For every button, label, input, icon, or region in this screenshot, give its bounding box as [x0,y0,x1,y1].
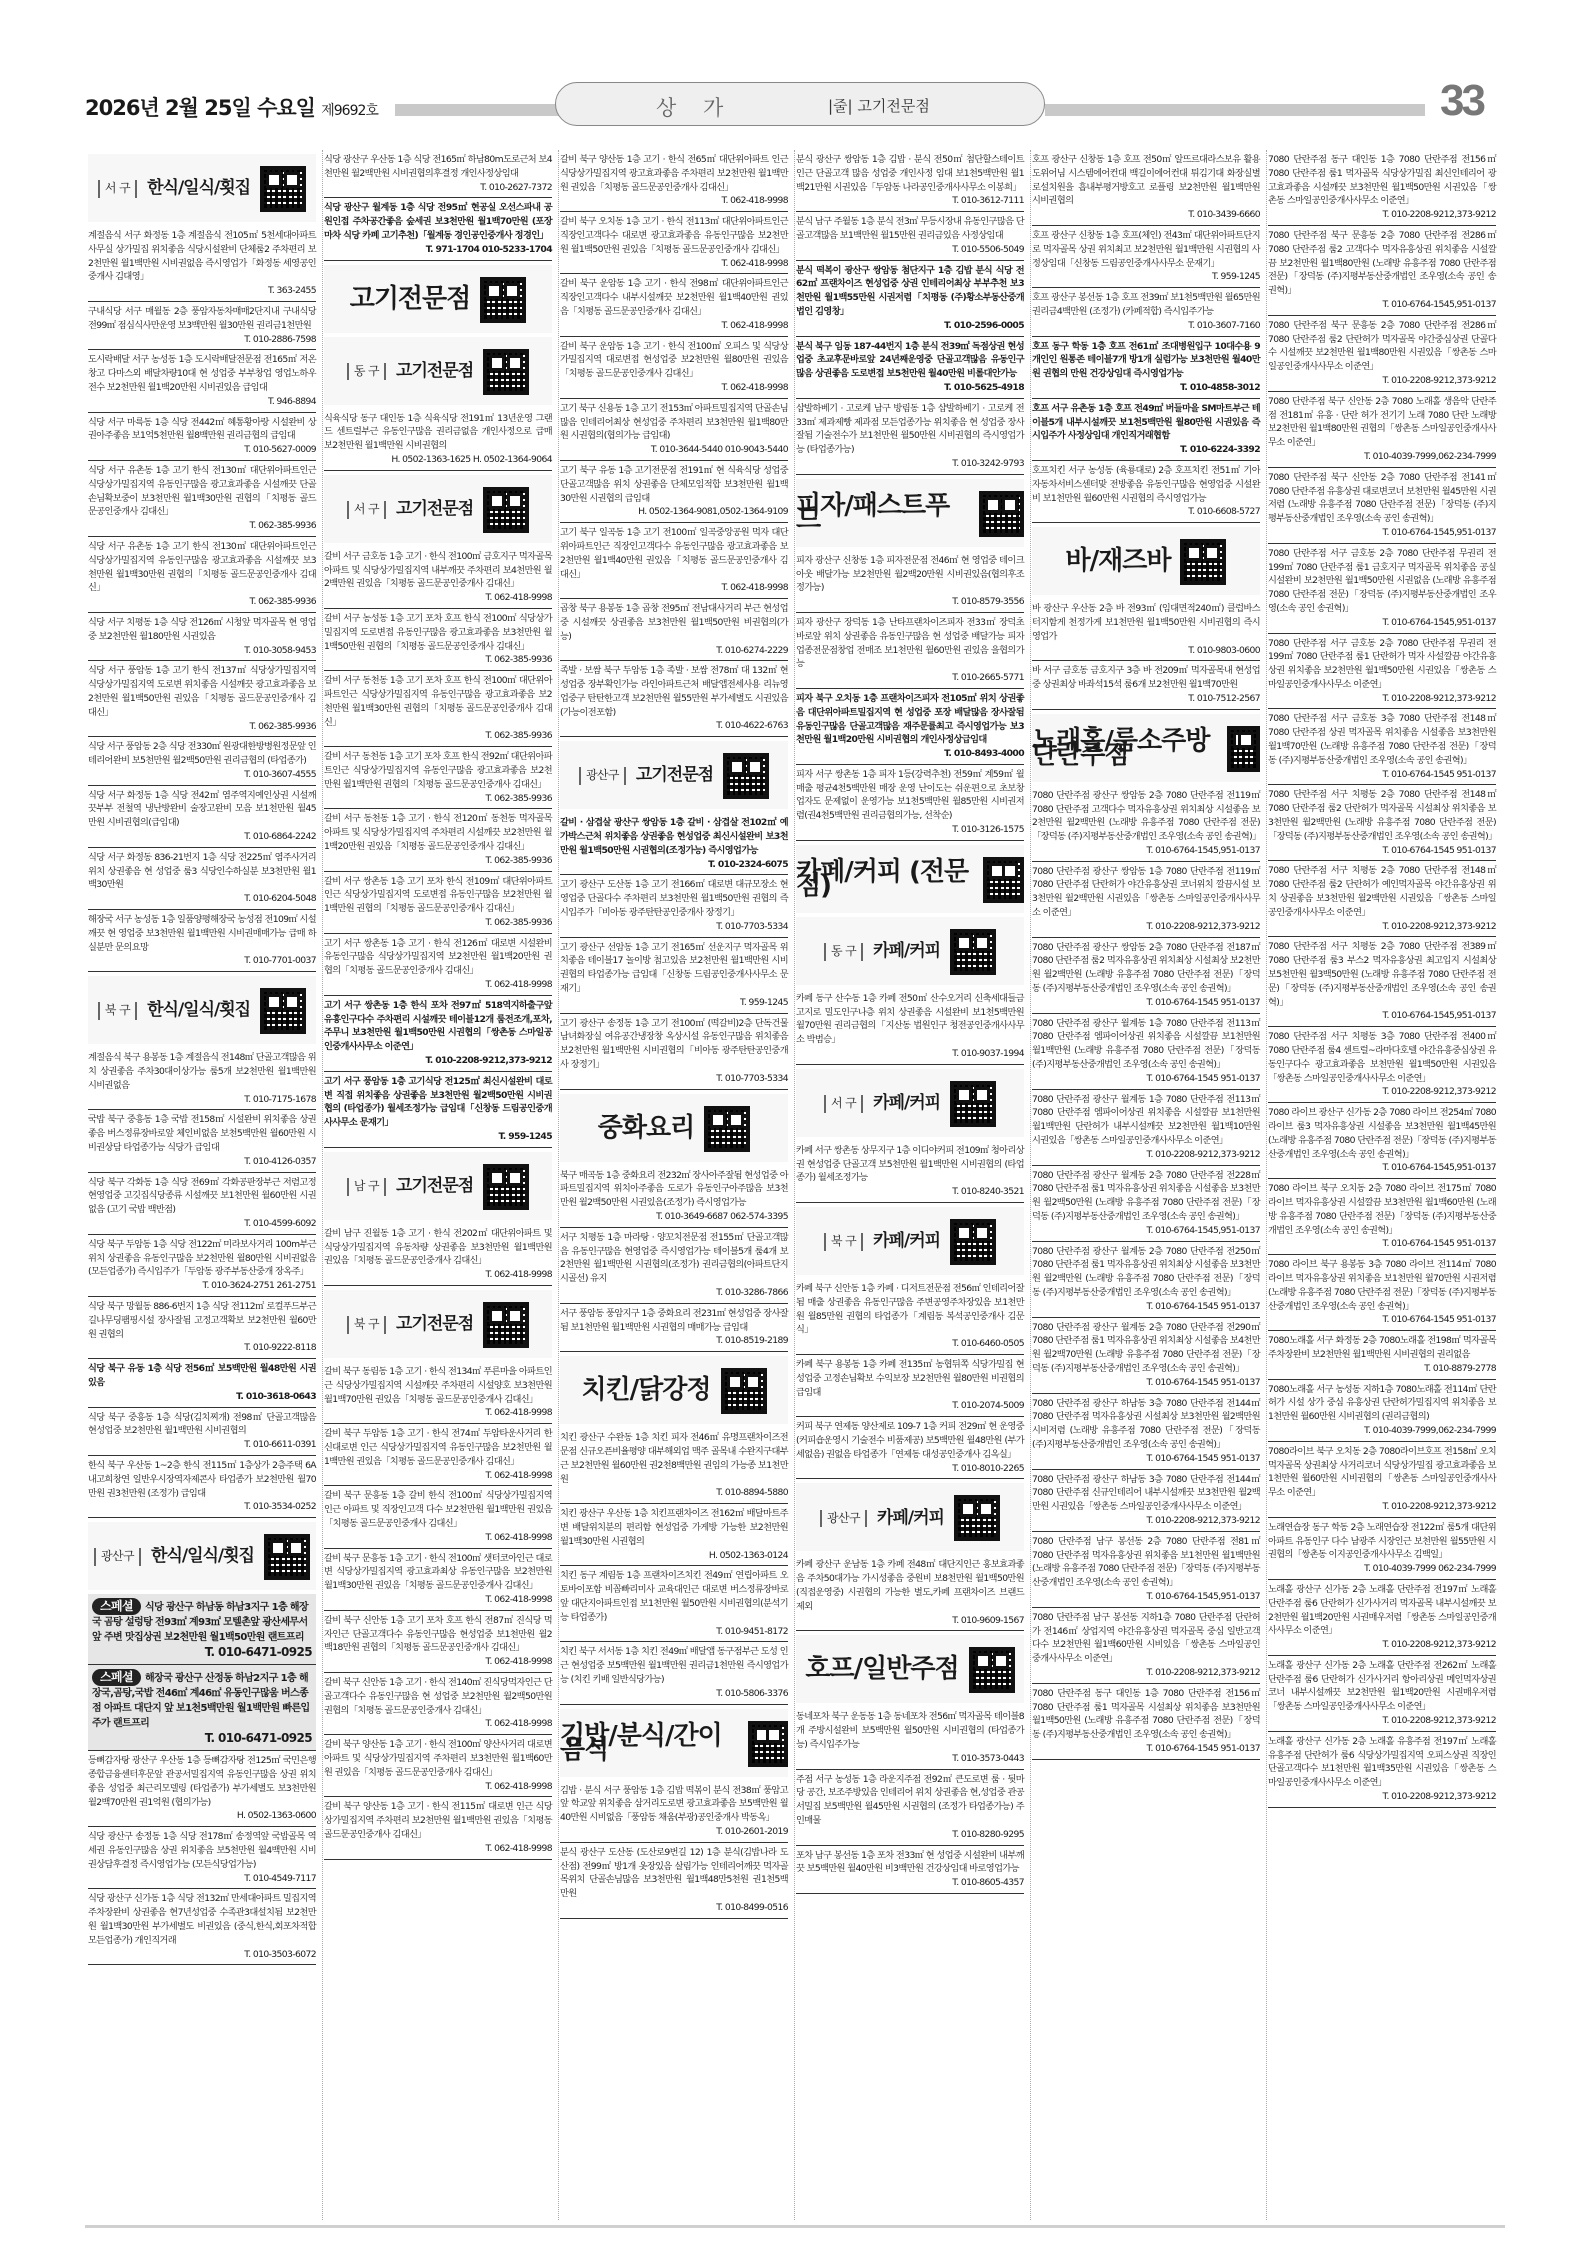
listing-item: 포차 남구 봉선동 1층 포차 전33㎡ 현 성업중 시설완비 내부깨끗 보5백… [796,1846,1024,1894]
listing-item: 분식 북구 임동 187-44번지 1층 분식 전39㎡ 독점상권 현성업중 초… [796,337,1024,399]
qr-code-icon[interactable] [950,929,996,975]
listing-phone: T. 010-6764-1545 951-0137 [1032,1742,1260,1756]
listing-phone: T. 971-1704 010-5233-1704 [324,243,552,257]
district-label: 북 구 [824,1233,863,1251]
listing-phone: T. 010-2208-9212,373-9212 [324,1054,552,1068]
listing-text: 갈비 · 삼겹살 광산구 쌍암동 1층 갈비 · 삼겹살 전102㎡ 예가박스근… [560,817,788,856]
special-listing: 스페셜해장국 광산구 산정동 하남2지구 1층 해장국,곰탕,국밥 전46㎡ 계… [88,1665,316,1751]
listing-phone: T. 010-6764-1545,951-0137 [1032,1590,1260,1604]
listing-phone: T. 062-385-9936 [324,916,552,930]
listing-text: 갈비 북구 신안동 1층 고기 · 한식 전140㎡ 진식당먹자인근 단골고객다… [324,1677,552,1716]
listing-phone: T. 010-4622-6763 [560,719,788,733]
section-header: 광산구한식/일식/횟집 [88,1522,316,1590]
listing-item: 서구 치평동 1층 마라탕 · 양꼬치전문점 전155㎡ 단골고객많음 유동인구… [560,1228,788,1304]
listing-text: 7080 단란주점 남구 봉선동 지하1층 7080 단란주점 단란허가 전14… [1032,1612,1260,1664]
listing-item: 7080 단란주점 남구 봉선동 지하1층 7080 단란주점 단란허가 전14… [1032,1608,1260,1684]
listing-item: 고기 서구 쌍촌동 1층 한식 포차 전97㎡ 518역지하출구앞 유흥인구다수… [324,996,552,1072]
listing-item: 카페 서구 쌍촌동 상무지구 1층 이디야커피 전109㎡ 청아리상권 현성업중… [796,1141,1024,1203]
listing-text: 갈비 북구 문흥동 1층 갈비 한식 전100㎡ 식당상가밀집지역 인근 아파트… [324,1490,552,1529]
listing-text: 7080 라이브 북구 용봉동 3층 7080 라이브 전114㎡ 7080 라… [1268,1259,1496,1311]
listing-text: 7080 단란주점 광산구 쌍암동 1층 7080 단란주점 전119㎡ 708… [1032,866,1260,918]
listing-item: 7080 단란주점 동구 대인동 1층 7080 단란주점 전156㎡ 7080… [1268,150,1496,226]
section-header: 카페/커피 (전문점) [796,845,1024,913]
listing-phone: T. 010-8579-3556 [796,595,1024,609]
column-divider [1030,150,1031,2220]
column-divider [558,150,559,2220]
section-header: 서 구한식/일식/횟집 [88,154,316,222]
listing-text: 식당 북구 각화동 1층 식당 전69㎡ 각화공판장부근 저렴고정 현영업중 고… [88,1177,316,1216]
listing-text: 구내식당 서구 매월동 2층 풍암자동차매매2단지내 구내식당 전99㎡ 점심식… [88,306,316,331]
listing-phone: T. 010-2208-9212,373-9212 [1268,1085,1496,1099]
listing-item: 7080 단란주점 동구 대인동 1층 7080 단란주점 전156㎡ 7080… [1032,1684,1260,1760]
listing-text: 주점 서구 농성동 1층 라운지주점 전92㎡ 큰도로변 룸 · 뒷마당 공간,… [796,1774,1024,1826]
listing-text: 식당 서구 치평동 1층 식당 전126㎡ 시청앞 먹자골목 현 영업중 보2천… [88,617,316,642]
listing-item: 고기 서구 풍암동 1층 고기식당 전125㎡ 최신시설완비 대로변 직접 위치… [324,1072,552,1148]
district-label: 서 구 [347,501,386,519]
section-title: 고기전문점 [636,769,713,783]
section-title: 카페/커피 [873,1235,940,1249]
listing-phone: T. 062-418-9998 [560,257,788,271]
listing-item: 7080 단란주점 광산구 하남동 3층 7080 단란주점 전144㎡ 708… [1032,1470,1260,1532]
column-3: 갈비 북구 양산동 1층 고기 · 한식 전65㎡ 대단위아파트 인근 식당상가… [560,150,788,1919]
listing-item: 호프 서구 유촌동 1층 호프 전49㎡ 버들마을 SM마트부근 테이블5개 내… [1032,399,1260,461]
listing-phone: T. 010-2208-9212,373-9212 [1268,1790,1496,1804]
district-label: 북 구 [347,1316,386,1334]
section-title: 고기전문점 [396,365,473,379]
listing-item: 고기 서구 쌍촌동 1층 고기 · 한식 전126㎡ 대로변 시설완비 유동인구… [324,934,552,996]
listing-item: 식당 북구 유동 1층 식당 전56㎡ 보5백만원 월48만원 시권있음T. 0… [88,1359,316,1407]
listing-item: 피자 광산구 신창동 1층 피자전문점 전46㎡ 현 영업중 테이크아웃 배달가… [796,551,1024,613]
listing-text: 갈비 서구 동천동 1층 고기 · 한식 전120㎡ 동천동 먹자골목 아파트 … [324,813,552,852]
listing-phone: T. 010-6764-1545 951-0137 [1032,1072,1260,1086]
qr-code-icon[interactable] [721,1368,767,1414]
listing-item: 한식 북구 우산동 1~2층 한식 전115㎡ 1층상가 2층주택 6A내고희창… [88,1456,316,1518]
listing-text: 노래연습장 동구 학동 2층 노래연습장 전122㎡ 룸5개 대단위 아파트 유… [1268,1522,1496,1561]
listing-text: 식당 서구 유촌동 1층 고기 한식 전130㎡ 대단위아파트인근 식당상가밀집… [88,541,316,593]
listing-phone: T. 010-6204-5048 [88,892,316,906]
listing-item: 7080 단란주점 광산구 월계동 2층 7080 단란주점 전228㎡ 708… [1032,1166,1260,1242]
listing-phone: T. 062-418-9998 [324,1531,552,1545]
issue-date: 2026년 2월 25일 수요일 제9692호 [85,92,378,122]
listing-phone: T. 010-6764-1545 951-0137 [1032,1452,1260,1466]
listing-item: 7080 라이브 광산구 신가동 2층 7080 라이브 전254㎡ 7080 … [1268,1103,1496,1179]
listing-phone: T. 010-3649-6687 062-574-3395 [560,1210,788,1224]
page-number: 33 [1440,76,1483,126]
listing-phone: T. 010-6471-0925 [92,1731,312,1746]
section-title: 카페/커피 [877,1512,944,1526]
listing-text: 7080라이브 북구 오치동 2층 7080라이브호프 전158㎡ 오치먹자골목… [1268,1446,1496,1498]
listing-phone: T. 010-2601-2019 [560,1825,788,1839]
listing-item: 고기 북구 신용동 1층 고기 전153㎡ 아파트밀집지역 단골손님많음 인테리… [560,399,788,461]
listing-text: 갈비 서구 쌍촌동 1층 고기 포차 한식 전109㎡ 대단위아파트 인근 식당… [324,876,552,915]
section-header: 서 구고기전문점 [324,475,552,543]
listing-text: 갈비 북구 운암동 1층 고기 · 한식 전98㎡ 대단위아파트인근 직장인고객… [560,278,788,317]
listing-phone: T. 062-418-9998 [560,381,788,395]
listing-text: 고기 북구 유동 1층 고기전문점 전191㎡ 현 식육식당 성업중 단골고객많… [560,465,788,504]
listing-item: 7080 라이브 북구 오치동 2층 7080 라이브 전175㎡ 7080 라… [1268,1179,1496,1255]
listing-text: 북구 매곡동 1층 중화요리 전232㎡ 장사아주잘됨 현성업중 아파트밀집지역… [560,1170,788,1209]
listing-item: 갈비 서구 농성동 1층 고기 포차 호프 한식 전100㎡ 식당상가밀집지역 … [324,609,552,671]
qr-code-icon[interactable] [483,349,529,395]
section-header: 동 구고기전문점 [324,337,552,405]
listing-text: 분식 북구 임동 187-44번지 1층 분식 전39㎡ 독점상권 현성업중 초… [796,341,1024,380]
section-header: 치킨/닭강정 [560,1356,788,1424]
listing-item: 바 광산구 우산동 2층 바 전93㎡ (임대면적240㎡) 클럽바스터지함게 … [1032,599,1260,661]
listing-text: 치킨 북구 서서동 1층 치킨 전49㎡ 배달앱 동구점부근 도성 인근 현성업… [560,1646,788,1685]
listing-text: 갈비 남구 진월동 1층 고기 · 한식 전202㎡ 대단위아파트 및 식당상가… [324,1228,552,1267]
section-header: 북 구카페/커피 [796,1207,1024,1275]
listing-phone: T. 010-3618-0643 [88,1390,316,1404]
listing-text: 서구 풍암동 풍암지구 1층 중화요리 전231㎡ 현성업중 장사잘됨 보1천만… [560,1308,788,1333]
listing-item: 식당 북구 각화동 1층 식당 전69㎡ 각화공판장부근 저렴고정 현영업중 고… [88,1173,316,1235]
listing-phone: T. 010-2074-5009 [796,1399,1024,1413]
listing-phone: T. 010-2208-9212,373-9212 [1268,374,1496,388]
listing-item: 7080 단란주점 서구 치평동 3층 7080 단란주점 전400㎡ 7080… [1268,1027,1496,1103]
listing-item: 서구 풍암동 풍암지구 1층 중화요리 전231㎡ 현성업중 장사잘됨 보1천만… [560,1304,788,1352]
listing-text: 갈비 서구 금호동 1층 고기 · 한식 전100㎡ 금호지구 먹자골목 아파트… [324,551,552,590]
listing-phone: T. 010-2596-0005 [796,319,1024,333]
qr-code-icon[interactable] [954,1495,1000,1541]
listing-item: 곱창 북구 용봉동 1층 곱창 전95㎡ 전남대사거리 부근 현성업중 시설깨끗… [560,599,788,661]
section-title: 고기전문점 [396,1180,473,1194]
listing-item: 북구 매곡동 1층 중화요리 전232㎡ 장사아주잘됨 현성업중 아파트밀집지역… [560,1166,788,1228]
listing-item: 호프 광산구 신창동 1층 호프(체인) 전43㎡ 대단위아파트단지로 먹자골목… [1032,226,1260,288]
listing-item: 7080 단란주점 북구 신안동 2층 7080 단란주점 전141㎡ 7080… [1268,468,1496,544]
listing-phone: T. 010-4039-7999 062-234-7999 [1268,1562,1496,1576]
listing-item: 7080 단란주점 서구 금호동 2층 7080 단란주점 무권리 전199㎡ … [1268,634,1496,710]
listing-item: 구내식당 서구 매월동 2층 풍암자동차매매2단지내 구내식당 전99㎡ 점심식… [88,302,316,350]
listing-phone: T. 062-418-9998 [324,591,552,605]
section-header: 광산구고기전문점 [560,741,788,809]
listing-text: 피자 광산구 신창동 1층 피자전문점 전46㎡ 현 영업중 테이크아웃 배달가… [796,555,1024,594]
listing-item: 바 서구 금호동 금호지구 3층 바 전209㎡ 먹자골목내 현성업중 상권최상… [1032,661,1260,709]
listing-item: 해장국 서구 농성동 1층 일품양평해장국 농성점 전109㎡ 시설깨끗 현 영… [88,910,316,972]
section-title: 한식/일식/횟집 [147,182,250,196]
listing-text: 고기 북구 신용동 1층 고기 전153㎡ 아파트밀집지역 단골손님많음 인테리… [560,403,788,442]
qr-code-icon[interactable] [264,1534,310,1580]
listing-text: 갈비 북구 문흥동 1층 고기 · 한식 전100㎡ 샛터코아인근 대로변 식당… [324,1553,552,1592]
column-2: 식당 광산구 우산동 1층 식당 전165㎡ 하남80m도로근처 보4천만원 월… [324,150,552,1860]
listing-text: 7080 단란주점 동구 대인동 1층 7080 단란주점 전156㎡ 7080… [1032,1688,1260,1740]
listing-item: 7080 단란주점 북구 문흥동 2층 7080 단란주점 전286㎡ 7080… [1268,226,1496,316]
listing-item: 갈비 서구 동천동 1층 고기 포차 호프 한식 전100㎡ 대단위아파트인근 … [324,671,552,747]
listing-text: 7080 라이브 북구 오치동 2층 7080 라이브 전175㎡ 7080 라… [1268,1183,1496,1235]
listing-phone: T. 010-8493-4000 [796,747,1024,761]
qr-code-icon[interactable] [480,277,526,323]
listing-text: 갈비 서구 동천동 1층 고기 포차 호프 한식 전100㎡ 대단위아파트인근 … [324,675,552,727]
listing-phone: T. 010-6274-2229 [560,644,788,658]
listing-phone: T. 010-2208-9212,373-9212 [1268,1714,1496,1728]
listing-item: 식당 서구 치평동 1층 식당 전126㎡ 시청앞 먹자골목 현 영업중 보2천… [88,613,316,661]
qr-code-icon[interactable] [950,1219,996,1265]
section-header: 중화요리 [560,1094,788,1162]
listing-text: 피자 북구 오치동 1층 프랜차이즈피자 전105㎡ 위치 상권좋음 대단위아파… [796,693,1024,745]
qr-code-icon[interactable] [723,753,769,799]
listing-text: 분식 떡복이 광산구 쌍암동 첨단지구 1층 김밥 분식 식당 전62㎡ 프랜차… [796,265,1024,317]
listing-item: 식당 서구 마륵동 1층 식당 전442㎡ 혜통황아랑 시설완비 상권아주좋음 … [88,413,316,461]
section-title: 노래홀/룸소주방 단란주점 [1032,735,1217,763]
listing-item: 7080 단란주점 서구 금호동 2층 7080 단란주점 무권리 전199㎡ … [1268,544,1496,634]
listing-phone: T. 062-385-9936 [324,653,552,667]
listing-item: 카페 광산구 운남동 1층 카페 전48㎡ 대단지인근 홍보효과좋음 주차50대… [796,1555,1024,1631]
listing-item: 7080 단란주점 서구 치평동 2층 7080 단란주점 전148㎡ 7080… [1268,785,1496,861]
listing-phone: T. 010-3439-6660 [1032,208,1260,222]
listing-item: 갈비 북구 문흥동 1층 고기 · 한식 전100㎡ 샛터코아인근 대로변 식당… [324,1549,552,1611]
listing-text: 피자 서구 쌍촌동 1층 피자 1등(강력추천) 전59㎡ 계59㎡ 월매출 평… [796,769,1024,821]
listing-item: 7080라이브 북구 오치동 2층 7080라이브호프 전158㎡ 오치먹자골목… [1268,1442,1496,1518]
qr-code-icon[interactable] [950,1081,996,1127]
qr-code-icon[interactable] [1227,726,1260,772]
listing-text: 갈비 북구 오치동 1층 고기 · 한식 전113㎡ 대단위아파트인근 직장인고… [560,216,788,255]
listing-item: 7080 단란주점 광산구 쌍암동 2층 7080 단란주점 전187㎡ 708… [1032,938,1260,1014]
qr-code-icon[interactable] [983,857,1024,903]
qr-code-icon[interactable] [1180,539,1226,585]
listing-phone: T. 010-9609-1567 [796,1614,1024,1628]
listing-phone: T. 062-385-9936 [324,792,552,806]
listing-item: 식당 북구 중흥동 1층 식당(김치찌개) 전98㎡ 단골고객많음 현성업중 보… [88,1408,316,1456]
listing-text: 7080 단란주점 서구 치평동 2층 7080 단란주점 전148㎡ 7080… [1268,789,1497,841]
listing-item: 김밥 · 분식 서구 풍암동 1층 김밥 떡볶이 분식 전38㎡ 풍암고앞 학교… [560,1781,788,1843]
listing-text: 호프 서구 유촌동 1층 호프 전49㎡ 버들마을 SM마트부근 테이블5개 내… [1032,403,1260,442]
listing-item: 도시락배달 서구 농성동 1층 도시락배달전문점 전165㎡ 저온창고 다마스외… [88,350,316,412]
listing-phone: T. 010-3644-5440 010-9043-5440 [560,443,788,457]
listing-text: 호프 광산구 신창동 1층 호프(체인) 전43㎡ 대단위아파트단지로 먹자골목… [1032,230,1260,269]
listing-phone: T. 010-4549-7117 [88,1872,316,1886]
listing-item: 고기 북구 유동 1층 고기전문점 전191㎡ 현 식육식당 성업중 단골고객많… [560,461,788,523]
listing-phone: T. 062-418-9998 [324,1842,552,1856]
listing-text: 갈비 북구 두암동 1층 고기 · 한식 전74㎡ 두암타운사거리 한신대로변 … [324,1428,552,1467]
listing-phone: T. 062-385-9936 [324,854,552,868]
listing-phone: T. 010-2324-6075 [560,858,788,872]
listing-phone: T. 010-5627-0009 [88,443,316,457]
listing-text: 해장국 서구 농성동 1층 일품양평해장국 농성점 전109㎡ 시설깨끗 현 영… [88,914,316,953]
listing-phone: T. 010-4599-6092 [88,1217,316,1231]
listing-phone: T. 010-6764-1545 951-0137 [1268,1237,1496,1251]
section-title: 고기전문점 [396,1318,473,1332]
district-label: 동 구 [347,363,386,381]
listing-text: 고기 서구 쌍촌동 1층 고기 · 한식 전126㎡ 대로변 시설완비 유동인구… [324,938,552,977]
listing-phone: T. 010-2208-9212,373-9212 [1032,1148,1260,1162]
listing-phone: T. 010-8894-5880 [560,1486,788,1500]
listing-item: 고기 광산구 도산동 1층 고기 전166㎡ 대로변 대규모장소 현 영업중 단… [560,875,788,937]
qr-code-icon[interactable] [704,1106,750,1152]
listing-phone: H. 0502-1364-9081,0502-1364-9109 [560,505,788,519]
listing-phone: T. 010-9803-0600 [1032,644,1260,658]
listing-item: 고기 광산구 송정동 1층 고기 전100㎡ (떡갈비)2층 단독건물 남녀화장… [560,1014,788,1090]
listing-item: 동네포차 북구 운동동 1층 동네포차 전56㎡ 먹자골목 테이블8개 주방시설… [796,1707,1024,1769]
listing-phone: T. 062-418-9998 [560,581,788,595]
subsection-title: |줄| 고기전문점 [828,95,930,116]
listing-item: 주점 서구 농성동 1층 라운지주점 전92㎡ 큰도로변 룸 · 뒷마당 공간,… [796,1770,1024,1846]
listing-phone: T. 010-8499-0516 [560,1901,788,1915]
listing-phone: H. 0502-1363-0600 [88,1809,316,1823]
listing-item: 7080 단란주점 광산구 월계동 2층 7080 단란주점 전250㎡ 708… [1032,1242,1260,1318]
listing-text: 카페 북구 신안동 1층 카페 · 디저트전문점 전56㎡ 인테리어잘됨 매출 … [796,1283,1024,1335]
listing-text: 샵발하베기 · 고로케 남구 방림동 1층 샵발하베기 · 고로케 전33㎡ 제… [796,403,1024,455]
listing-phone: T. 946-8894 [88,395,316,409]
listing-phone: T. 010-8280-9295 [796,1828,1024,1842]
listing-phone: T. 010-7703-5334 [560,1072,788,1086]
listing-phone: T. 010-6764-1545 951-0137 [1268,768,1496,782]
listing-text: 치킨 동구 계림동 1층 프랜차이즈치킨 전49㎡ 연립아파트 오토바이포함 비… [560,1570,788,1622]
listing-item: 노래홀 광산구 신가동 2층 노래홀 단란주점 전262㎡ 노래홀 단란주점 룸… [1268,1656,1496,1732]
listing-text: 7080 단란주점 북구 신안동 2층 7080 단란주점 전141㎡ 7080… [1268,472,1496,524]
listing-text: 고기 광산구 송정동 1층 고기 전100㎡ (떡갈비)2층 단독건물 남녀화장… [560,1018,788,1070]
special-listing: 스페셜식당 광산구 하남동 하남3지구 1층 해장국 곰탕 설렁탕 전93㎡ 계… [88,1594,316,1665]
section-title: 피자/패스트푸드 [796,500,969,528]
listing-phone: T. 010-7175-1678 [88,1093,316,1107]
column-divider [794,150,795,2220]
listing-item: 호프 광산구 봉선동 1층 호프 전39㎡ 보1천5백만원 월65만원 권리금4… [1032,288,1260,336]
section-header: 바/재즈바 [1032,527,1260,595]
listing-text: 식당 광산구 월계동 1층 식당 전95㎡ 현공실 오선스파내 공원인접 주차공… [324,202,552,241]
listing-item: 식당 광산구 우산동 1층 식당 전165㎡ 하남80m도로근처 보4천만원 월… [324,150,552,198]
listing-text: 7080 단란주점 광산구 쌍암동 2층 7080 단란주점 전119㎡ 708… [1032,790,1261,842]
listing-phone: T. 010-3242-9793 [796,457,1024,471]
listing-text: 7080 단란주점 서구 치평동 2층 7080 단란주점 전148㎡ 7080… [1268,865,1496,917]
listing-phone: T. 062-418-9998 [324,1593,552,1607]
listing-text: 한식 북구 우산동 1~2층 한식 전115㎡ 1층상가 2층주택 6A내고희창… [88,1460,316,1499]
listing-phone: T. 010-9451-8172 [560,1625,788,1639]
listing-phone: T. 010-3607-4555 [88,768,316,782]
listing-phone: T. 010-2627-7372 [324,181,552,195]
qr-code-icon[interactable] [260,166,306,212]
listing-item: 7080 단란주점 서구 치평동 2층 7080 단란주점 전148㎡ 7080… [1268,861,1496,937]
listing-item: 노래홀 광산구 신가동 2층 노래홀 단란주점 전197㎡ 노래홀 단란주점 룸… [1268,1580,1496,1656]
listing-text: 등뼈감자탕 광산구 우산동 1층 등뼈감자탕 전125㎡ 국민은행종합금융센터후… [88,1755,316,1807]
qr-code-icon[interactable] [483,487,529,533]
section-header: 노래홀/룸소주방 단란주점 [1032,714,1260,782]
listing-text: 식당 북구 유동 1층 식당 전56㎡ 보5백만원 월48만원 시권있음 [88,1363,316,1388]
listing-text: 카페 동구 산수동 1층 카페 전50㎡ 산수오거리 신축세대들금고지로 밀도인… [796,993,1024,1045]
listing-text: 갈비 서구 동천동 1층 고기 포차 호프 한식 전92㎡ 대단위아파트인근 식… [324,751,552,790]
listing-item: 갈비 북구 운암동 1층 고기 · 한식 전100㎡ 오피스 및 식당상가밀집지… [560,337,788,399]
listing-text: 갈비 북구 양산동 1층 고기 · 한식 전65㎡ 대단위아파트 인근 식당상가… [560,154,788,193]
listing-item: 식당 서구 유촌동 1층 고기 한식 전130㎡ 대단위아파트인근 식당상가밀집… [88,461,316,537]
listing-phone: T. 010-3624-2751 261-2751 [88,1279,316,1293]
listing-phone: T. 010-6611-0391 [88,1438,316,1452]
column-divider [322,150,323,2220]
listing-phone: T. 010-5625-4918 [796,381,1024,395]
section-title: 카페/커피 [873,1097,940,1111]
listing-text: 7080 단란주점 서구 금호동 2층 7080 단란주점 무권리 전199㎡ … [1268,638,1496,690]
listing-text: 7080노래홀 서구 화정동 2층 7080노래홀 전198㎡ 먹자골목 주차장… [1268,1335,1496,1360]
listing-item: 갈비 서구 동천동 1층 고기 · 한식 전120㎡ 동천동 먹자골목 아파트 … [324,809,552,871]
listing-item: 호프치킨 서구 농성동 (육룡대로) 2층 호프치킨 전51㎡ 기아자동차서비스… [1032,461,1260,523]
listing-text: 식당 서구 마륵동 1층 식당 전442㎡ 혜통황아랑 시설완비 상권아주좋음 … [88,417,316,442]
listing-phone: T. 010-6764-1545 951-0137 [1032,1376,1260,1390]
listing-item: 갈비 남구 진월동 1층 고기 · 한식 전202㎡ 대단위아파트 및 식당상가… [324,1224,552,1286]
district-label: 광산구 [579,767,626,785]
listing-phone: T. 010-3534-0252 [88,1500,316,1514]
column-6: 7080 단란주점 동구 대인동 1층 7080 단란주점 전156㎡ 7080… [1268,150,1496,1808]
listing-phone: T. 010-2208-9212,373-9212 [1268,1500,1496,1514]
listing-phone: T. 010-2208-9212,373-9212 [1032,920,1260,934]
listing-text: 7080 단란주점 북구 문흥동 2층 7080 단란주점 전286㎡ 7080… [1268,230,1496,296]
listing-text: 계절음식 서구 화정동 1층 계절음식 전105㎡ 5천세대아파트 사무실 상가… [88,230,316,282]
listing-text: 노래홀 광산구 신가동 2층 노래홀 유흥주점 전197㎡ 노래홀 유흥주점 단… [1268,1736,1496,1788]
qr-code-icon[interactable] [969,1647,1015,1693]
listing-text: 호프치킨 서구 농성동 (육룡대로) 2층 호프치킨 전51㎡ 기아자동차서비스… [1032,465,1260,504]
listing-item: 7080 단란주점 광산구 월계동 1층 7080 단란주점 전113㎡ 708… [1032,1090,1260,1166]
listing-text: 포차 남구 봉선동 1층 포차 전33㎡ 현 성업중 시설완비 내부깨끗 보5백… [796,1850,1024,1875]
listing-text: 고기 북구 일곡동 1층 고기 전100㎡ 일곡중앙공원 먹자 대단위아파트인근… [560,527,788,579]
listing-item: 갈비 북구 운암동 1층 고기 · 한식 전98㎡ 대단위아파트인근 직장인고객… [560,274,788,336]
listing-phone: T. 010-6764-1545 951-0137 [1268,844,1496,858]
listing-item: 갈비 북구 오치동 1층 고기 · 한식 전113㎡ 대단위아파트인근 직장인고… [560,212,788,274]
listing-phone: T. 062-418-9998 [324,1406,552,1420]
listing-text: 7080 단란주점 북구 신안동 2층 7080 노래홀 생음악 단란주점 전1… [1268,396,1496,448]
qr-code-icon[interactable] [483,1164,529,1210]
listing-item: 등뼈감자탕 광산구 우산동 1층 등뼈감자탕 전125㎡ 국민은행종합금융센터후… [88,1751,316,1827]
listing-item: 갈비 북구 양산동 1층 고기 · 한식 전65㎡ 대단위아파트 인근 식당상가… [560,150,788,212]
listing-text: 카페 광산구 운남동 1층 카페 전48㎡ 대단지인근 홍보효과좋음 주차50대… [796,1559,1024,1611]
listing-text: 식당 서구 화정동 836-21번지 1층 식당 전225㎡ 염주사거리 위치 … [88,852,316,891]
listing-item: 커피 북구 연제동 양산제로 109-7 1층 커피 전29㎡ 현 운영중(커피… [796,1417,1024,1479]
qr-code-icon[interactable] [260,988,306,1034]
listing-text: 7080 단란주점 광산구 하남동 3층 7080 단란주점 전144㎡ 708… [1032,1398,1260,1450]
listing-item: 식당 북구 망월동 886-6번지 1층 식당 전112㎡ 로컬푸드부근 길나무… [88,1297,316,1359]
listing-text: 분식 광산구 쌍암동 1층 김밥 · 분식 전50㎡ 첨단할스테이트 인근 단골… [796,154,1024,193]
listing-phone: T. 062-385-9936 [324,729,552,743]
listing-item: 분식 떡복이 광산구 쌍암동 첨단지구 1층 김밥 분식 식당 전62㎡ 프랜차… [796,261,1024,337]
listing-item: 계절음식 서구 화정동 1층 계절음식 전105㎡ 5천세대아파트 사무실 상가… [88,226,316,302]
listing-item: 계절음식 북구 용봉동 1층 계절음식 전148㎡ 단골고객많음 위치 상권좋음… [88,1048,316,1110]
listing-text: 갈비 북구 운암동 1층 고기 · 한식 전100㎡ 오피스 및 식당상가밀집지… [560,341,788,380]
listing-item: 식당 북구 두암동 1층 식당 전122㎡ 미라보사거리 100m부근 위치 상… [88,1235,316,1297]
district-label: 동 구 [824,943,863,961]
listing-phone: T. 010-6864-2242 [88,830,316,844]
listing-phone: T. 010-3612-7111 [796,194,1024,208]
listing-phone: T. 010-6764-1545,951-0137 [1268,1161,1496,1175]
section-title: 중화요리 [598,1122,694,1136]
listing-item: 7080 단란주점 남구 봉선동 2층 7080 단란주점 전81㎡ 7080 … [1032,1532,1260,1608]
listing-text: 갈비 북구 양산동 1층 고기 · 한식 전100㎡ 양산사거리 대로변 아파트… [324,1739,552,1778]
listing-item: 피자 북구 오치동 1층 프랜차이즈피자 전105㎡ 위치 상권좋음 대단위아파… [796,689,1024,765]
listing-phone: H. 0502-1363-0124 [560,1549,788,1563]
column-4: 분식 광산구 쌍암동 1층 김밥 · 분식 전50㎡ 첨단할스테이트 인근 단골… [796,150,1024,1894]
listing-phone: T. 010-2208-9212,373-9212 [1268,692,1496,706]
district-label: 서 구 [98,180,137,198]
listing-phone: T. 062-418-9998 [560,194,788,208]
listing-text: 7080 단란주점 광산구 하남동 3층 7080 단란주점 전144㎡ 708… [1032,1474,1260,1513]
listing-item: 갈비 북구 신안동 1층 고기 · 한식 전140㎡ 진식당먹자인근 단골고객다… [324,1673,552,1735]
qr-code-icon[interactable] [979,491,1024,537]
section-header: 서 구카페/커피 [796,1069,1024,1137]
listing-text: 카페 북구 용봉동 1층 카페 전135㎡ 농협뒤쪽 식당가밀집 현 성업중 고… [796,1359,1024,1398]
listing-phone: T. 959-1245 [1032,270,1260,284]
section-title: 한식/일식/횟집 [147,1004,250,1018]
qr-code-icon[interactable] [483,1302,529,1348]
district-label: 광산구 [94,1548,141,1566]
qr-code-icon[interactable] [748,1721,788,1767]
listing-text: 갈비 북구 동림동 1층 고기 · 한식 전134㎡ 푸른마을 아파트인근 식당… [324,1366,552,1405]
listing-phone: T. 010-3503-6072 [88,1948,316,1962]
listing-text: 계절음식 북구 용봉동 1층 계절음식 전148㎡ 단골고객많음 위치 상권좋음… [88,1052,316,1091]
listing-phone: T. 010-9037-1994 [796,1047,1024,1061]
listing-item: 식육식당 동구 대인동 1층 식육식당 전191㎡ 13년운영 그랜드 센트럴부… [324,409,552,471]
listing-item: 피자 서구 쌍촌동 1층 피자 1등(강력추천) 전59㎡ 계59㎡ 월매출 평… [796,765,1024,841]
listing-text: 바 광산구 우산동 2층 바 전93㎡ (임대면적240㎡) 클럽바스터지함게 … [1032,603,1260,642]
listing-item: 분식 광산구 도산동 (도산로9번길 12) 1층 분식(김밥나라 도산점) 전… [560,1843,788,1919]
listing-text: 분식 광산구 도산동 (도산로9번길 12) 1층 분식(김밥나라 도산점) 전… [560,1847,788,1899]
listing-item: 갈비 서구 쌍촌동 1층 고기 포차 한식 전109㎡ 대단위아파트 인근 식당… [324,872,552,934]
listing-item: 치킨 광산구 우산동 1층 치킨프랜차이즈 전162㎡ 배달마트주변 배달위치분… [560,1504,788,1566]
listing-phone: T. 010-6764-1545 951-0137 [1032,996,1260,1010]
listing-text: 커피 북구 연제동 양산제로 109-7 1층 커피 전29㎡ 현 운영중(커피… [796,1421,1024,1460]
listing-phone: T. 010-6764-1545,951-0137 [1032,844,1260,858]
listing-text: 바 서구 금호동 금호지구 3층 바 전209㎡ 먹자골목내 현성업중 상권최상… [1032,665,1260,690]
